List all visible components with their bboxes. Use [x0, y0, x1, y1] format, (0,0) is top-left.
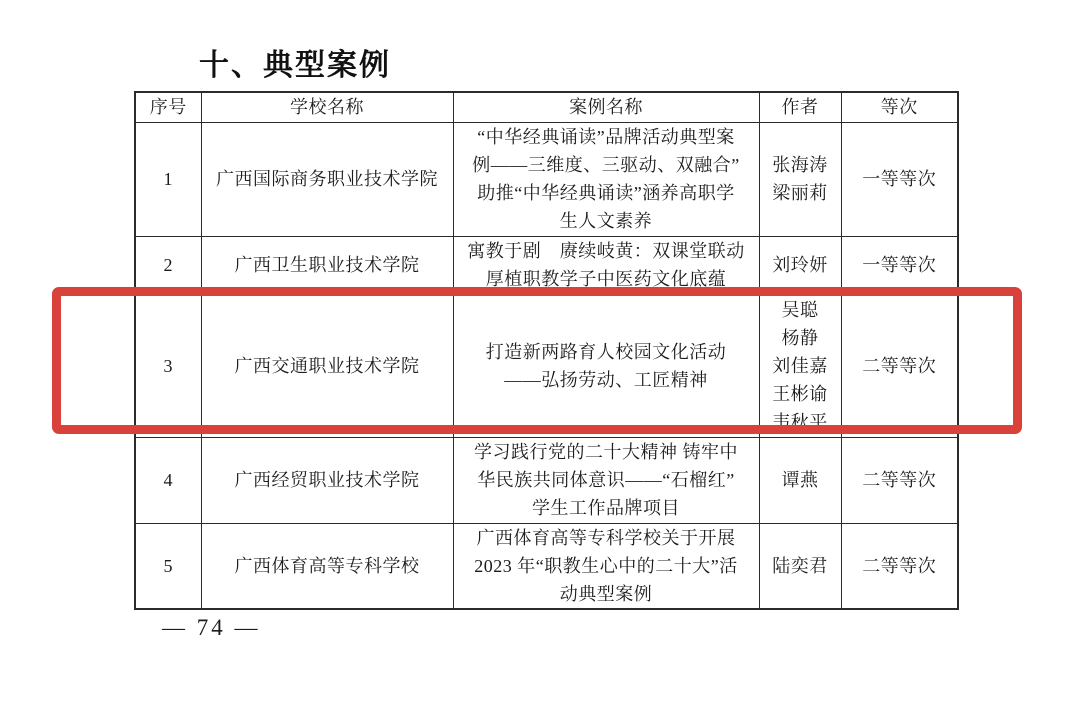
- cell-no: 3: [135, 294, 201, 437]
- cell-grade: 一等等次: [841, 122, 958, 236]
- cell-school: 广西经贸职业技术学院: [201, 437, 453, 523]
- col-header-no: 序号: [135, 92, 201, 122]
- cell-case: 学习践行党的二十大精神 铸牢中 华民族共同体意识——“石榴红” 学生工作品牌项目: [453, 437, 759, 523]
- cell-authors: 陆奕君: [759, 523, 841, 609]
- cell-case: 广西体育高等专科学校关于开展 2023 年“职教生心中的二十大”活 动典型案例: [453, 523, 759, 609]
- cell-school: 广西交通职业技术学院: [201, 294, 453, 437]
- page-number: — 74 —: [162, 615, 261, 641]
- cell-no: 2: [135, 236, 201, 294]
- cell-case: 寓教于剧 赓续岐黄：双课堂联动 厚植职教学子中医药文化底蕴: [453, 236, 759, 294]
- cell-case: 打造新两路育人校园文化活动 ——弘扬劳动、工匠精神: [453, 294, 759, 437]
- cell-authors: 刘玲妍: [759, 236, 841, 294]
- section-title: 十、典型案例: [199, 40, 391, 84]
- cell-grade: 一等等次: [841, 236, 958, 294]
- table-header-row: 序号 学校名称 案例名称 作者 等次: [135, 92, 958, 122]
- table-row: 2 广西卫生职业技术学院 寓教于剧 赓续岐黄：双课堂联动 厚植职教学子中医药文化…: [135, 236, 958, 294]
- cell-authors: 吴聪 杨静 刘佳嘉 王彬谕 韦秋平: [759, 294, 841, 437]
- cell-grade: 二等等次: [841, 523, 958, 609]
- col-header-case: 案例名称: [453, 92, 759, 122]
- document-page: 十、典型案例 序号 学校名称 案例名称 作者 等次 1 广西国际商务职业技术学院…: [0, 0, 1080, 707]
- cell-school: 广西卫生职业技术学院: [201, 236, 453, 294]
- cell-no: 5: [135, 523, 201, 609]
- cell-school: 广西国际商务职业技术学院: [201, 122, 453, 236]
- cell-no: 4: [135, 437, 201, 523]
- table-row-highlighted: 3 广西交通职业技术学院 打造新两路育人校园文化活动 ——弘扬劳动、工匠精神 吴…: [135, 294, 958, 437]
- table-row: 4 广西经贸职业技术学院 学习践行党的二十大精神 铸牢中 华民族共同体意识——“…: [135, 437, 958, 523]
- cell-no: 1: [135, 122, 201, 236]
- cell-school: 广西体育高等专科学校: [201, 523, 453, 609]
- col-header-author: 作者: [759, 92, 841, 122]
- cell-authors: 张海涛 梁丽莉: [759, 122, 841, 236]
- cell-case: “中华经典诵读”品牌活动典型案 例——三维度、三驱动、双融合” 助推“中华经典诵…: [453, 122, 759, 236]
- col-header-grade: 等次: [841, 92, 958, 122]
- table-row: 1 广西国际商务职业技术学院 “中华经典诵读”品牌活动典型案 例——三维度、三驱…: [135, 122, 958, 236]
- cases-table: 序号 学校名称 案例名称 作者 等次 1 广西国际商务职业技术学院 “中华经典诵…: [134, 91, 959, 610]
- col-header-school: 学校名称: [201, 92, 453, 122]
- cell-grade: 二等等次: [841, 437, 958, 523]
- cell-authors: 谭燕: [759, 437, 841, 523]
- table-row: 5 广西体育高等专科学校 广西体育高等专科学校关于开展 2023 年“职教生心中…: [135, 523, 958, 609]
- cell-grade: 二等等次: [841, 294, 958, 437]
